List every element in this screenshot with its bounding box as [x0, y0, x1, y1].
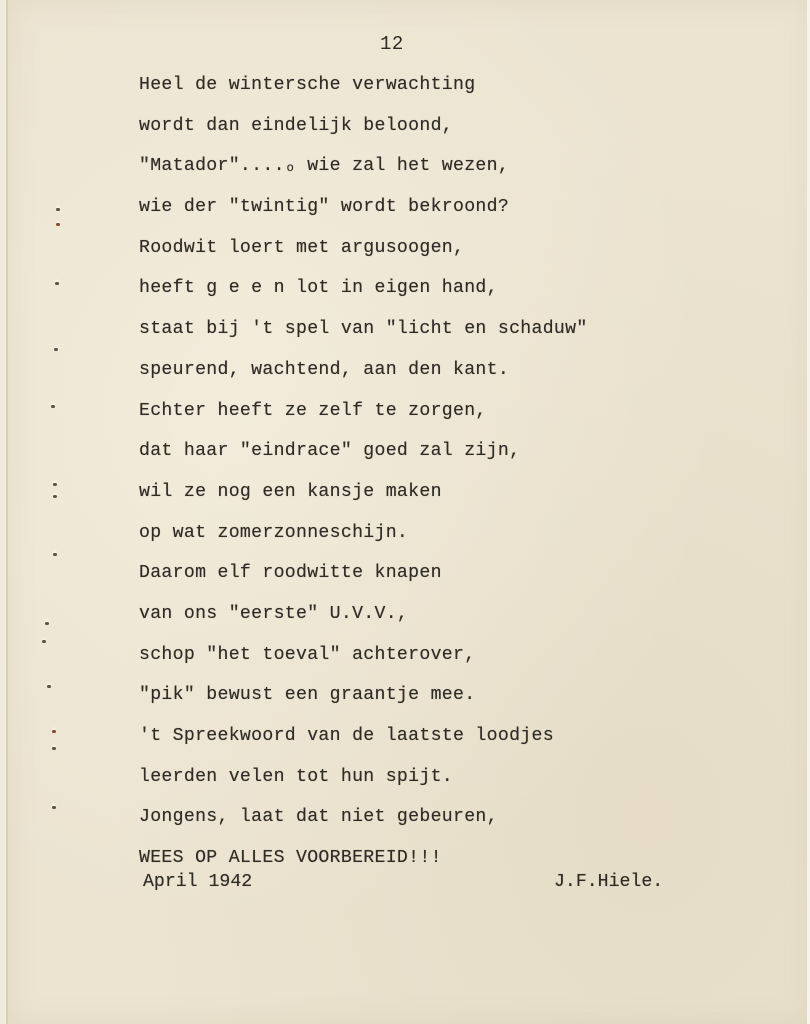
poem-line: van ons "eerste" U.V.V.,: [139, 599, 588, 640]
poem-line: "pik" bewust een graantje mee.: [139, 680, 588, 721]
date-line: April 1942: [143, 872, 252, 892]
punch-hole-mark: [52, 806, 56, 809]
poem-line: leerden velen tot hun spijt.: [139, 762, 588, 803]
poem-line: Echter heeft ze zelf te zorgen,: [139, 396, 588, 437]
poem-line: wordt dan eindelijk beloond,: [139, 111, 588, 152]
punch-hole-mark: [56, 208, 60, 211]
poem-line: staat bij 't spel van "licht en schaduw": [139, 314, 588, 355]
punch-hole-mark: [56, 223, 60, 226]
poem-line: Heel de wintersche verwachting: [139, 70, 588, 111]
punch-hole-mark: [47, 685, 51, 688]
punch-hole-mark: [53, 495, 57, 498]
typewritten-page: 12 Heel de wintersche verwachting wordt …: [6, 0, 810, 1024]
poem-body: Heel de wintersche verwachting wordt dan…: [139, 70, 588, 884]
poem-line: heeft g e e n lot in eigen hand,: [139, 273, 588, 314]
poem-line: wil ze nog een kansje maken: [139, 477, 588, 518]
poem-line: Jongens, laat dat niet gebeuren,: [139, 802, 588, 843]
punch-hole-mark: [52, 730, 56, 733]
poem-line: Roodwit loert met argusoogen,: [139, 233, 588, 274]
poem-line: 't Spreekwoord van de laatste loodjes: [139, 721, 588, 762]
poem-line: "Matador"....ₒ wie zal het wezen,: [139, 151, 588, 192]
punch-hole-mark: [55, 282, 59, 285]
punch-hole-mark: [42, 640, 46, 643]
poem-line: dat haar "eindrace" goed zal zijn,: [139, 436, 588, 477]
poem-line: wie der "twintig" wordt bekroond?: [139, 192, 588, 233]
punch-hole-mark: [54, 348, 58, 351]
punch-hole-mark: [45, 622, 49, 625]
punch-hole-mark: [52, 747, 56, 750]
punch-hole-mark: [53, 483, 57, 486]
punch-hole-mark: [53, 553, 57, 556]
poem-line: op wat zomerzonneschijn.: [139, 518, 588, 559]
poem-line: schop "het toeval" achterover,: [139, 640, 588, 681]
poem-line: Daarom elf roodwitte knapen: [139, 558, 588, 599]
punch-hole-mark: [51, 405, 55, 408]
poem-line: speurend, wachtend, aan den kant.: [139, 355, 588, 396]
page-number: 12: [380, 33, 404, 55]
author-signature: J.F.Hiele.: [554, 872, 663, 892]
